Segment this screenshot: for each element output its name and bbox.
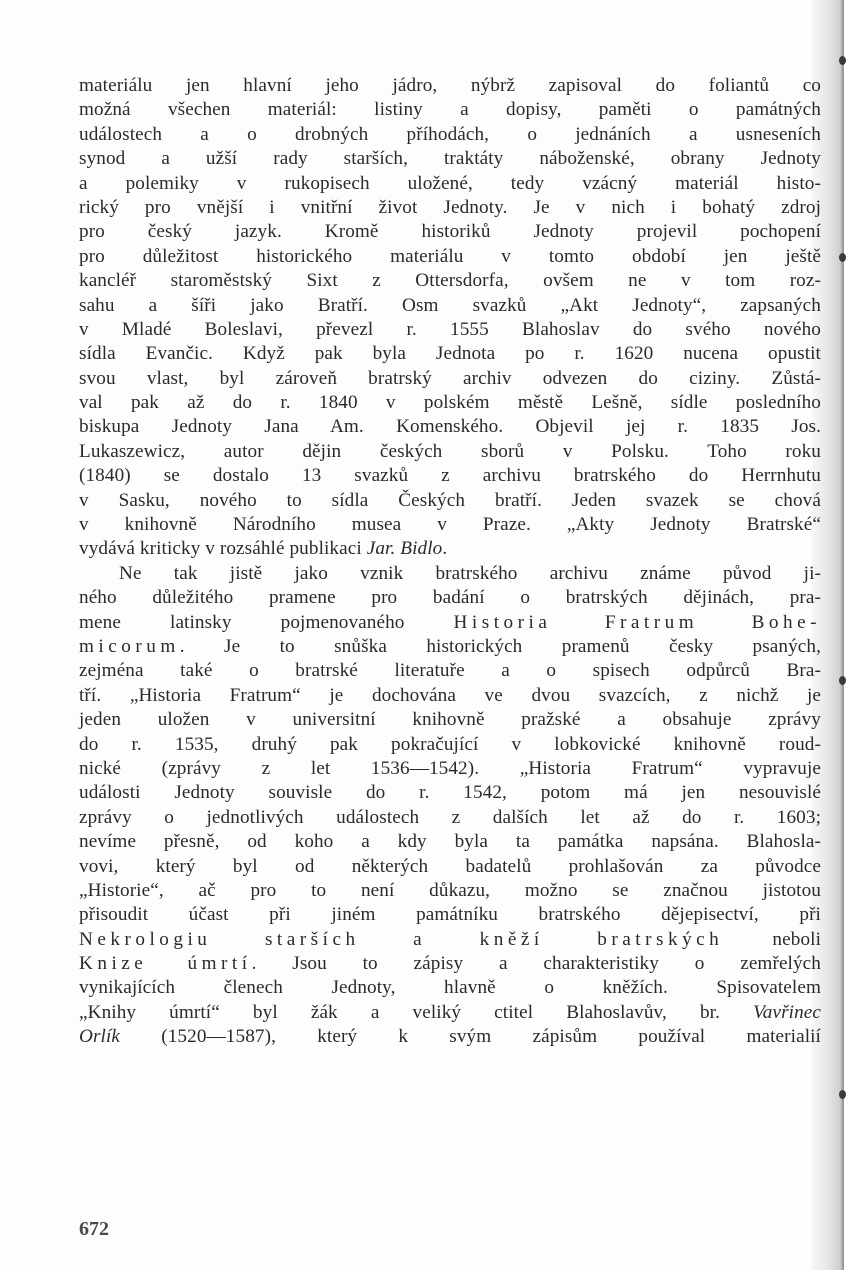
text-line: možná všechen materiál: listiny a dopisy…	[79, 98, 821, 122]
text-line: a polemiky v rukopisech uložené, tedy vz…	[79, 172, 821, 196]
spaced-title: Nekrologiu starších a kněží bratrských	[79, 929, 723, 950]
text-line: pro důležitost historického materiálu v …	[79, 245, 821, 269]
spaced-title: micorum	[79, 636, 180, 657]
text-line: zejména také o bratrské literatuře a o s…	[79, 659, 821, 683]
text-line: materiálu jen hlavní jeho jádro, nýbrž z…	[79, 74, 821, 98]
text-line: Nekrologiu starších a kněží bratrských n…	[79, 928, 821, 952]
book-page: materiálu jen hlavní jeho jádro, nýbrž z…	[0, 0, 856, 1270]
text-line: v Mladé Boleslavi, převezl r. 1555 Blaho…	[79, 318, 821, 342]
author-name: Vavřinec	[753, 1002, 821, 1023]
text-line: vynikajících členech Jednoty, hlavně o k…	[79, 976, 821, 1000]
text-line: val pak až do r. 1840 v polském městě Le…	[79, 391, 821, 415]
page-number: 672	[79, 1218, 109, 1241]
binding-hole-icon	[839, 253, 846, 262]
binding-hole-icon	[839, 676, 846, 685]
text-line-paragraph-end: vydává kriticky v rozsáhlé publikaci Jar…	[79, 537, 821, 561]
text-line: synod a užší rady starších, traktáty náb…	[79, 147, 821, 171]
text-line: tří. „Historia Fratrum“ je dochována ve …	[79, 684, 821, 708]
spaced-title: Historia Fratrum Bohe-	[454, 612, 821, 633]
text-line: Orlík (1520—1587), který k svým zápisům …	[79, 1025, 821, 1049]
text-line: vovi, který byl od některých badatelů pr…	[79, 855, 821, 879]
text-line: v knihovně Národního musea v Praze. „Akt…	[79, 513, 821, 537]
text-line: událostech a o drobných příhodách, o jed…	[79, 123, 821, 147]
text-line: Knize úmrtí. Jsou to zápisy a charakteri…	[79, 952, 821, 976]
text-line: do r. 1535, druhý pak pokračující v lobk…	[79, 733, 821, 757]
text-line: kancléř staroměstský Sixt z Ottersdorfa,…	[79, 269, 821, 293]
binding-hole-icon	[839, 1090, 846, 1099]
text-line: biskupa Jednoty Jana Am. Komenského. Obj…	[79, 415, 821, 439]
author-name: Orlík	[79, 1026, 120, 1047]
spaced-title: Knize úmrtí	[79, 953, 252, 974]
text-line: „Knihy úmrtí“ byl žák a veliký ctitel Bl…	[79, 1001, 821, 1025]
text-line: události Jednoty souvisle do r. 1542, po…	[79, 781, 821, 805]
text-line: svou vlast, byl zároveň bratrský archiv …	[79, 367, 821, 391]
author-name: Jar. Bidlo	[367, 538, 443, 559]
text-line: pro český jazyk. Kromě historiků Jednoty…	[79, 220, 821, 244]
text-line: přisoudit účast při jiném památníku brat…	[79, 903, 821, 927]
text-line: rický pro vnější i vnitřní život Jednoty…	[79, 196, 821, 220]
text-line: jeden uložen v universitní knihovně praž…	[79, 708, 821, 732]
page-margin-right	[844, 0, 856, 1270]
text-line: (1840) se dostalo 13 svazků z archivu br…	[79, 464, 821, 488]
text-line: v Sasku, nového to sídla Českých bratří.…	[79, 489, 821, 513]
text-line: „Historie“, ač pro to není důkazu, možno…	[79, 879, 821, 903]
text-line: micorum. Je to snůška historických prame…	[79, 635, 821, 659]
paragraph-start-line: Ne tak jistě jako vznik bratrského archi…	[79, 562, 821, 586]
binding-hole-icon	[839, 56, 846, 65]
text-line: nické (zprávy z let 1536—1542). „Histori…	[79, 757, 821, 781]
text-line: zprávy o jednotlivých událostech z další…	[79, 806, 821, 830]
text-line: sahu a šíři jako Bratří. Osm svazků „Akt…	[79, 294, 821, 318]
text-line: mene latinsky pojmenovaného Historia Fra…	[79, 611, 821, 635]
text-line: sídla Evančic. Když pak byla Jednota po …	[79, 342, 821, 366]
text-line: Lukaszewicz, autor dějin českých sborů v…	[79, 440, 821, 464]
body-text: materiálu jen hlavní jeho jádro, nýbrž z…	[79, 74, 821, 1050]
text-line: ného důležitého pramene pro badání o bra…	[79, 586, 821, 610]
text-line: nevíme přesně, od koho a kdy byla ta pam…	[79, 830, 821, 854]
